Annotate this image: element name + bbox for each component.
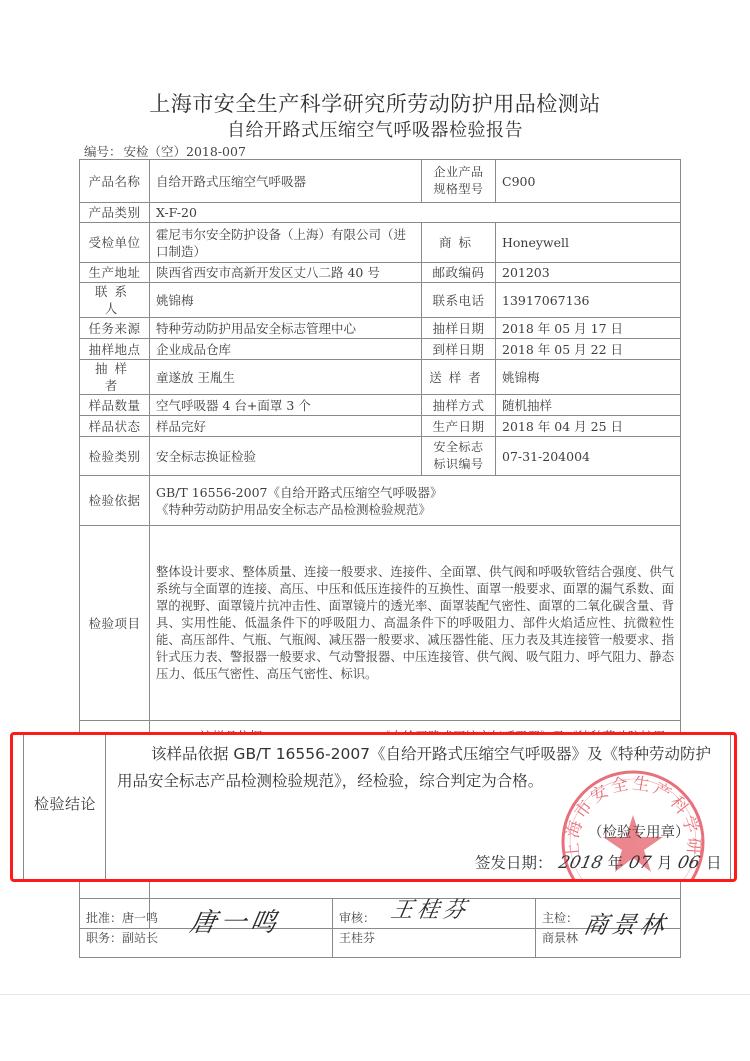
- product-name-label: 产品名称: [80, 160, 150, 203]
- inspected-unit-label: 受检单位: [80, 223, 150, 263]
- issue-month: 07: [627, 853, 653, 873]
- contact-person-value: 姚锦梅: [150, 283, 422, 318]
- issue-year: 2018: [556, 853, 604, 873]
- table-row: 产品类别 X-F-20: [80, 203, 681, 223]
- production-address-label: 生产地址: [80, 263, 150, 283]
- month-unit: 月: [657, 854, 673, 872]
- table-row: 联系人 姚锦梅 联系电话 13917067136: [80, 283, 681, 318]
- safety-mark-label-line1: 安全标志: [433, 440, 483, 454]
- model-value: C900: [496, 160, 681, 203]
- safety-mark-label: 安全标志标识编号: [422, 437, 496, 476]
- production-address-value: 陕西省西安市高新开发区丈八二路 40 号: [150, 263, 422, 283]
- document-number-label: 编号：: [84, 144, 122, 159]
- sampling-date-value: 2018 年 05 月 17 日: [496, 318, 681, 339]
- reviewer-cell: 审核： 王桂芬 王桂芬: [333, 899, 536, 958]
- sampling-method-label: 抽样方式: [422, 395, 496, 416]
- inspector-signature: 商景林: [582, 915, 670, 935]
- inspection-type-label: 检验类别: [80, 437, 150, 476]
- seal-label: （检验专用章）: [588, 821, 690, 842]
- approver-title: 副站长: [122, 931, 158, 945]
- table-row: 检验类别 安全标志换证检验 安全标志标识编号 07-31-204004: [80, 437, 681, 476]
- table-row: 样品数量 空气呼吸器 4 台+面罩 3 个 抽样方式 随机抽样: [80, 395, 681, 416]
- task-source-value: 特种劳动防护用品安全标志管理中心: [150, 318, 422, 339]
- sampler-label: 抽样者: [80, 360, 150, 395]
- contact-phone-label: 联系电话: [422, 283, 496, 318]
- issue-date: 签发日期：2018年07月06日: [475, 851, 722, 873]
- trademark-value: Honeywell: [496, 223, 681, 263]
- document-number: 编号：安检（空）2018-007: [82, 142, 246, 160]
- inspected-unit-value: 霍尼韦尔安全防护设备（上海）有限公司（进口制造）: [150, 223, 422, 263]
- model-label-line2: 规格型号: [433, 182, 483, 196]
- sample-quantity-label: 样品数量: [80, 395, 150, 416]
- sender-value: 姚锦梅: [496, 360, 681, 395]
- reviewer-label: 审核：: [339, 911, 375, 925]
- safety-mark-label-line2: 标识编号: [433, 457, 483, 471]
- year-unit: 年: [608, 854, 624, 872]
- sampling-location-label: 抽样地点: [80, 339, 150, 360]
- signature-row: 批准：唐一鸣 职务：副站长 唐一鸣 审核： 王桂芬 王桂芬 主检： 商景林 商景…: [80, 899, 681, 958]
- arrival-date-value: 2018 年 05 月 22 日: [496, 339, 681, 360]
- safety-mark-value: 07-31-204004: [496, 437, 681, 476]
- conclusion-highlight: 检验结论 该样品依据 GB/T 16556-2007《自给开路式压缩空气呼吸器》…: [10, 732, 737, 882]
- contact-person-label: 联系人: [80, 283, 150, 318]
- table-row: 抽样地点 企业成品仓库 到样日期 2018 年 05 月 22 日: [80, 339, 681, 360]
- model-label-line1: 企业产品: [433, 165, 483, 179]
- report-title: 自给开路式压缩空气呼吸器检验报告: [0, 116, 750, 142]
- production-date-value: 2018 年 04 月 25 日: [496, 416, 681, 437]
- product-name-value: 自给开路式压缩空气呼吸器: [150, 160, 422, 203]
- approver-label: 批准：: [86, 911, 122, 925]
- table-row: 任务来源 特种劳动防护用品安全标志管理中心 抽样日期 2018 年 05 月 1…: [80, 318, 681, 339]
- basis-value: GB/T 16556-2007《自给开路式压缩空气呼吸器》《特种劳动防护用品安全…: [150, 476, 681, 526]
- document-number-value: 安检（空）2018-007: [124, 144, 246, 159]
- sampler-value: 童遂放 王胤生: [150, 360, 422, 395]
- items-value: 整体设计要求、整体质量、连接一般要求、连接件、全面罩、供气阀和呼吸软管结合强度、…: [150, 526, 681, 721]
- table-row: 样品状态 样品完好 生产日期 2018 年 04 月 25 日: [80, 416, 681, 437]
- category-value: X-F-20: [150, 203, 681, 223]
- arrival-date-label: 到样日期: [422, 339, 496, 360]
- basis-line2: 《特种劳动防护用品安全标志产品检测检验规范》: [156, 502, 431, 517]
- sampling-location-value: 企业成品仓库: [150, 339, 422, 360]
- page-edge-divider: [0, 994, 750, 995]
- approver-title-label: 职务：: [86, 931, 122, 945]
- approver-cell: 批准：唐一鸣 职务：副站长 唐一鸣: [80, 899, 333, 958]
- inspector-name: 商景林: [542, 931, 578, 945]
- inspector-label: 主检：: [542, 911, 578, 925]
- issue-date-label: 签发日期：: [475, 854, 553, 872]
- conclusion-label: 检验结论: [25, 793, 105, 814]
- table-row: 检验项目 整体设计要求、整体质量、连接一般要求、连接件、全面罩、供气阀和呼吸软管…: [80, 526, 681, 721]
- sample-quantity-value: 空气呼吸器 4 台+面罩 3 个: [150, 395, 422, 416]
- model-label: 企业产品规格型号: [422, 160, 496, 203]
- signature-table: 批准：唐一鸣 职务：副站长 唐一鸣 审核： 王桂芬 王桂芬 主检： 商景林 商景…: [79, 898, 681, 958]
- reviewer-name: 王桂芬: [339, 931, 375, 945]
- table-row: 生产地址 陕西省西安市高新开发区丈八二路 40 号 邮政编码 201203: [80, 263, 681, 283]
- category-label: 产品类别: [80, 203, 150, 223]
- sample-status-value: 样品完好: [150, 416, 422, 437]
- table-row: 检验依据 GB/T 16556-2007《自给开路式压缩空气呼吸器》《特种劳动防…: [80, 476, 681, 526]
- sampling-method-value: 随机抽样: [496, 395, 681, 416]
- sample-status-label: 样品状态: [80, 416, 150, 437]
- column-divider: [730, 732, 731, 882]
- task-source-label: 任务来源: [80, 318, 150, 339]
- postal-code-value: 201203: [496, 263, 681, 283]
- table-row: 产品名称 自给开路式压缩空气呼吸器 企业产品规格型号 C900: [80, 160, 681, 203]
- reviewer-signature: 王桂芬: [389, 901, 471, 921]
- column-divider: [105, 732, 106, 882]
- table-row: 受检单位 霍尼韦尔安全防护设备（上海）有限公司（进口制造） 商标 Honeywe…: [80, 223, 681, 263]
- contact-phone-value: 13917067136: [496, 283, 681, 318]
- sampling-date-label: 抽样日期: [422, 318, 496, 339]
- institution-title: 上海市安全生产科学研究所劳动防护用品检测站: [0, 88, 750, 118]
- column-divider: [23, 732, 24, 882]
- items-label: 检验项目: [80, 526, 150, 721]
- approver-signature: 唐一鸣: [188, 913, 282, 933]
- approver-name: 唐一鸣: [122, 911, 158, 925]
- postal-code-label: 邮政编码: [422, 263, 496, 283]
- issue-day: 06: [676, 853, 702, 873]
- sender-label: 送样者: [422, 360, 496, 395]
- basis-label: 检验依据: [80, 476, 150, 526]
- inspection-type-value: 安全标志换证检验: [150, 437, 422, 476]
- basis-line1: GB/T 16556-2007《自给开路式压缩空气呼吸器》: [156, 485, 443, 500]
- day-unit: 日: [706, 854, 722, 872]
- production-date-label: 生产日期: [422, 416, 496, 437]
- inspector-cell: 主检： 商景林 商景林: [536, 899, 681, 958]
- table-row: 抽样者 童遂放 王胤生 送样者 姚锦梅: [80, 360, 681, 395]
- trademark-label: 商标: [422, 223, 496, 263]
